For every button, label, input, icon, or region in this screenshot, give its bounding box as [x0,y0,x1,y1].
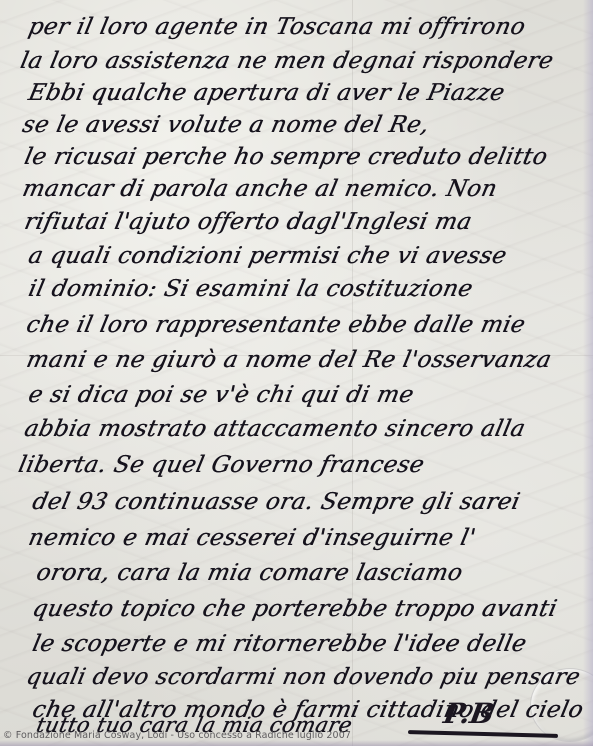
letter-line-12: e si dica poi se v'è chi qui di me [26,382,416,408]
letter-line-4: se le avessi volute a nome del Re, [20,112,432,138]
letter-line-16: nemico e mai cesserei d'inseguirne l' [26,525,478,551]
manuscript-page: per il loro agente in Toscana mi offriro… [0,0,593,746]
letter-line-8: a quali condizioni permisi che vi avesse [26,243,509,269]
letter-line-20: quali devo scordarmi non dovendo piu pen… [24,664,583,690]
letter-line-13: abbia mostrato attaccamento sincero alla [22,416,528,442]
letter-line-5: le ricusai perche ho sempre creduto deli… [22,144,550,170]
letter-line-14: liberta. Se quel Governo francese [16,452,427,478]
letter-line-10: che il loro rappresentante ebbe dalle mi… [24,312,528,338]
letter-line-11: mani e ne giurò a nome del Re l'osservan… [24,347,554,373]
letter-line-2: la loro assistenza ne men degnai rispond… [18,48,556,74]
letter-line-3: Ebbi qualche apertura di aver le Piazze [26,80,507,106]
letter-body: per il loro agente in Toscana mi offriro… [0,0,593,746]
paper-edge-bottom [0,740,593,746]
letter-line-15: del 93 continuasse ora. Sempre gli sarei [30,489,522,515]
letter-line-6: mancar di parola anche al nemico. Non [20,176,499,202]
letter-line-7: rifiutai l'ajuto offerto dagl'Inglesi ma [22,209,474,235]
letter-line-18: questo topico che porterebbe troppo avan… [30,596,559,622]
letter-line-9: il dominio: Si esamini la costituzione [26,276,475,302]
paper-edge-right [583,0,593,746]
letter-line-17: orora, cara la mia comare lasciamo [34,560,465,586]
letter-line-1: per il loro agente in Toscana mi offriro… [26,14,528,40]
signature: P.B [441,697,497,730]
letter-line-19: le scoperte e mi ritornerebbe l'idee del… [30,631,529,657]
